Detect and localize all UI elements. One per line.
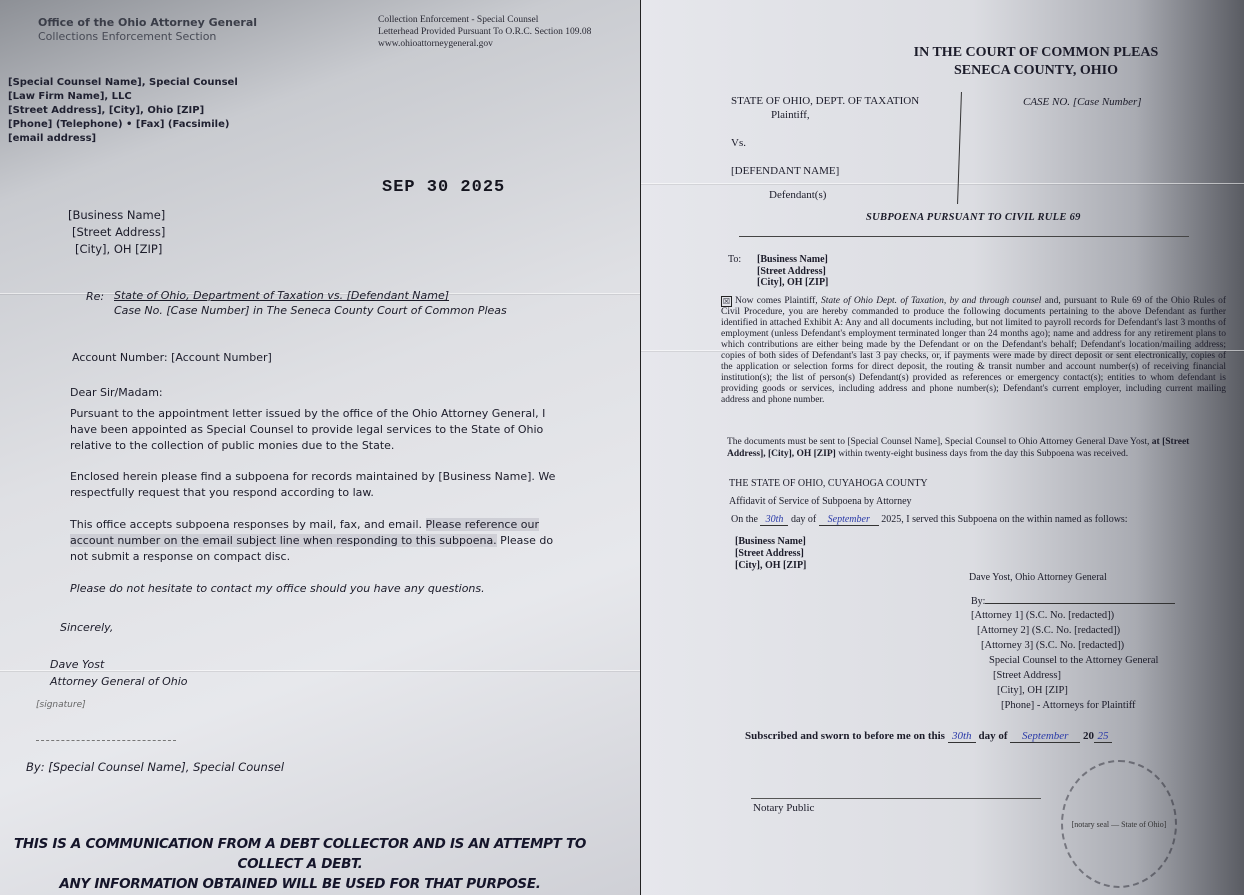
- checked-box-icon: ☒: [721, 296, 732, 307]
- title-rule: [739, 236, 1189, 237]
- paragraph-appointment: Pursuant to the appointment letter issue…: [70, 406, 560, 454]
- court-title: IN THE COURT OF COMMON PLEAS SENECA COUN…: [871, 44, 1201, 80]
- venue-line: THE STATE OF OHIO, CUYAHOGA COUNTY: [729, 478, 928, 489]
- attorney-general-line: Dave Yost, Ohio Attorney General: [969, 572, 1107, 583]
- letterhead-section: Collections Enforcement Section: [38, 30, 216, 43]
- subpoena-page: IN THE COURT OF COMMON PLEAS SENECA COUN…: [640, 0, 1244, 895]
- paragraph-responses: This office accepts subpoena responses b…: [70, 517, 560, 565]
- subpoena-title: SUBPOENA PURSUANT TO CIVIL RULE 69: [866, 212, 1081, 223]
- counsel-block: [Attorney 1] (S.C. No. [redacted]) [Atto…: [971, 608, 1158, 713]
- signer-block: Dave Yost Attorney General of Ohio: [50, 656, 188, 690]
- re-subject: State of Ohio, Department of Taxation vs…: [114, 288, 507, 318]
- cover-letter-page: Office of the Ohio Attorney General Coll…: [0, 0, 640, 895]
- debt-collector-disclaimer: THIS IS A COMMUNICATION FROM A DEBT COLL…: [0, 834, 600, 894]
- case-caption: STATE OF OHIO, DEPT. OF TAXATION Plainti…: [731, 94, 919, 202]
- greeting: Dear Sir/Madam:: [70, 385, 560, 401]
- paragraph-contact: Please do not hesitate to contact my off…: [70, 581, 560, 597]
- notary-seal-placeholder: [notary seal — State of Ohio]: [1061, 760, 1177, 888]
- handwritten-month: September: [1010, 730, 1080, 743]
- service-date-line: On the 30th day of September 2025, I ser…: [731, 514, 1128, 526]
- signature-placeholder: [signature]: [36, 700, 176, 741]
- caption-divider: [957, 92, 962, 204]
- handwritten-month: September: [819, 514, 879, 526]
- account-number: Account Number: [Account Number]: [72, 351, 272, 364]
- command-paragraph: ☒Now comes Plaintiff, State of Ohio Dept…: [721, 296, 1226, 406]
- letterhead-right-block: Collection Enforcement - Special Counsel…: [378, 14, 591, 50]
- letterhead-office: Office of the Ohio Attorney General: [38, 16, 257, 29]
- case-number: CASE NO. [Case Number]: [1023, 96, 1142, 108]
- handwritten-day: 30th: [760, 514, 788, 526]
- paragraph-enclosed: Enclosed herein please find a subpoena f…: [70, 469, 560, 501]
- jurat-line: Subscribed and sworn to before me on thi…: [745, 730, 1112, 743]
- signature-blank: [985, 603, 1175, 604]
- date-stamp: SEP 30 2025: [382, 178, 505, 197]
- signature-line: By:: [971, 596, 1175, 607]
- handwritten-year: 25: [1094, 730, 1112, 743]
- delivery-instructions: The documents must be sent to [Special C…: [727, 436, 1227, 460]
- by-line: By: [Special Counsel Name], Special Coun…: [26, 760, 284, 774]
- served-address: [Business Name] [Street Address] [City],…: [735, 536, 806, 572]
- notary-signature-line: [751, 798, 1041, 799]
- to-label: To:: [728, 254, 741, 265]
- handwritten-day: 30th: [948, 730, 976, 743]
- addressee-block: [Business Name] [Street Address] [City],…: [68, 207, 165, 258]
- notary-label: Notary Public: [753, 802, 814, 814]
- counsel-contact-block: [Special Counsel Name], Special Counsel …: [8, 76, 238, 146]
- closing: Sincerely,: [60, 621, 113, 634]
- to-address: [Business Name] [Street Address] [City],…: [757, 254, 828, 289]
- re-label: Re:: [86, 290, 104, 303]
- affidavit-title: Affidavit of Service of Subpoena by Atto…: [729, 496, 912, 507]
